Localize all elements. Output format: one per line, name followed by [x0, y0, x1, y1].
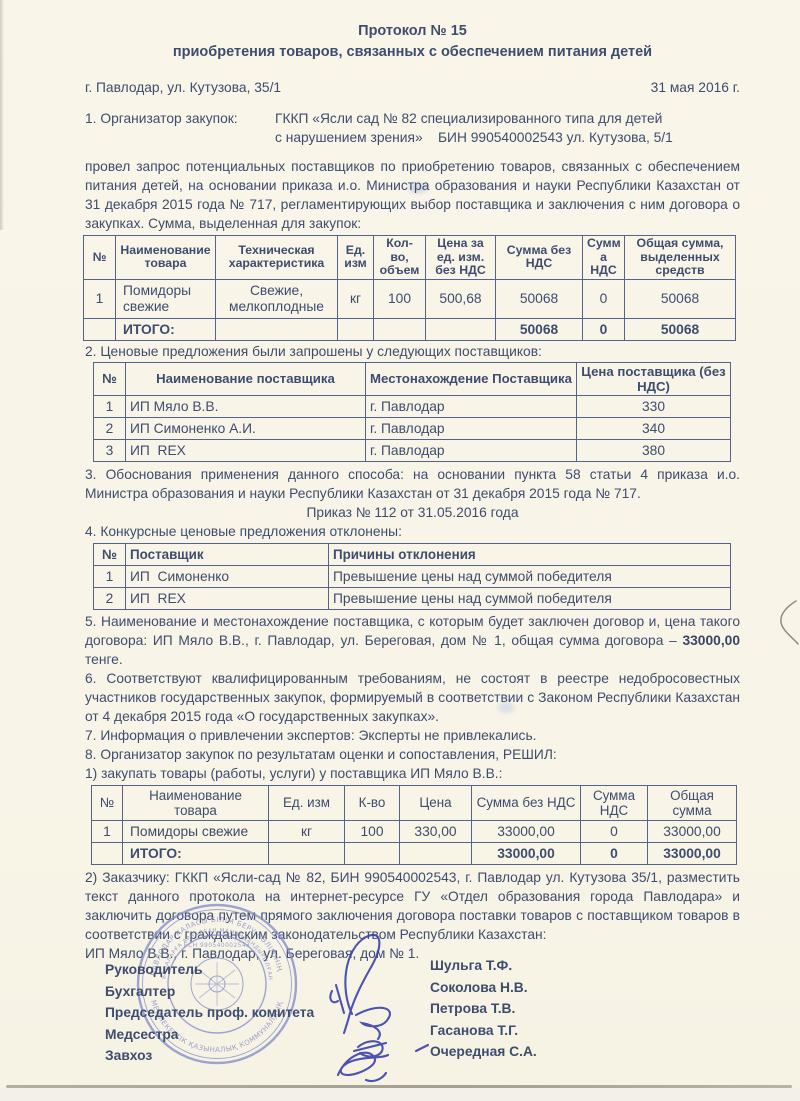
organizer-row: 1. Организатор закупок: ГККП «Ясли сад №… [85, 109, 740, 147]
cell: 33000,00 [648, 820, 737, 842]
col-header: К-во [345, 785, 400, 820]
section4-heading: 4. Конкурсные ценовые предложения отклон… [85, 522, 740, 541]
scan-left-edge-shadow [0, 0, 4, 230]
total-value: 50068 [625, 318, 736, 340]
signer-title: Медсестра [105, 1024, 314, 1046]
cell: Превышение цены над суммой победителя [329, 565, 731, 587]
total-value: 0 [581, 842, 648, 864]
cell: 2 [94, 587, 126, 609]
col-header: Ед. изм [269, 785, 345, 820]
cell: 1 [84, 279, 116, 318]
cell: 330,00 [400, 820, 472, 842]
cell: г. Павлодар [366, 417, 577, 439]
table-row: 1 Помидоры свежие кг 100 330,00 33000,00… [92, 820, 737, 842]
cell: 3 [94, 439, 126, 461]
cell: 380 [577, 439, 731, 461]
cell: 50068 [496, 279, 583, 318]
signer-name: Шульга Т.Ф. [430, 955, 537, 977]
cell: 50068 [625, 279, 736, 318]
document-body: Протокол № 15 приобретения товаров, связ… [0, 0, 800, 963]
cell: 100 [374, 279, 426, 318]
contract-amount: 33000,00 [682, 633, 740, 648]
section2-heading: 2. Ценовые предложения были запрошены у … [85, 342, 740, 361]
col-header: Цена за ед. изм. без НДС [426, 236, 496, 280]
cell: 2 [94, 417, 126, 439]
col-header: Сумм а НДС [583, 236, 625, 280]
col-header: Цена поставщика (без НДС) [577, 362, 731, 395]
cell: кг [269, 820, 345, 842]
signer-title: Руководитель [105, 959, 314, 981]
col-header: № [94, 543, 126, 565]
col-header: Сумма НДС [581, 785, 648, 820]
signature-section: ПАВЛОДАР ҚАЛАСЫ БІЛІМ БЕРУ БӨЛІМІНІҢ МЕМ… [0, 955, 800, 1095]
section7-paragraph: 7. Информация о привлечении экспертов: Э… [85, 726, 740, 745]
cell: 0 [581, 820, 648, 842]
section5-paragraph: 5. Наименование и местонахождение постав… [85, 612, 740, 669]
table-row: 2 ИП REX Превышение цены над суммой побе… [94, 587, 731, 609]
cell: 100 [345, 820, 400, 842]
cell: 0 [583, 279, 625, 318]
cell: г. Павлодар [366, 439, 577, 461]
cell: Помидоры свежие [123, 820, 269, 842]
organizer-value-line2: с нарушением зрения» БИН 990540002543 ул… [275, 128, 673, 147]
col-header: Цена [400, 785, 472, 820]
table-row: 2 ИП Симоненко А.И. г. Павлодар 340 [94, 417, 731, 439]
organizer-value: ГККП «Ясли сад № 82 специализированного … [275, 109, 673, 147]
decision1-line: 1) закупать товары (работы, услуги) у по… [85, 764, 740, 783]
cell: 1 [94, 395, 126, 417]
cell: 330 [577, 395, 731, 417]
signer-title: Бухгалтер [105, 981, 314, 1003]
cell [92, 842, 123, 864]
signer-title: Председатель проф. комитета [105, 1002, 314, 1024]
cell: 33000,00 [472, 820, 581, 842]
cell: 1 [94, 565, 126, 587]
scanned-protocol-page: Протокол № 15 приобретения товаров, связ… [0, 0, 800, 1101]
purchase-sum-table: № Наименование товара Техническая характ… [83, 235, 736, 341]
cell [216, 318, 338, 340]
signer-name: Соколова Н.В. [430, 977, 537, 999]
cell: г. Павлодар [366, 395, 577, 417]
cell [374, 318, 426, 340]
col-header: Общая сумма [648, 785, 737, 820]
col-header: Сумма без НДС [472, 785, 581, 820]
intro-paragraph: провел запрос потенциальных поставщиков … [85, 157, 740, 233]
awarded-items-table: № Наименование товара Ед. изм К-во Цена … [91, 785, 737, 865]
cell [400, 842, 472, 864]
page-title: Протокол № 15 [85, 22, 740, 41]
cell: ИП Симоненко А.И. [126, 417, 366, 439]
cell: ИП Симоненко [126, 565, 329, 587]
table-header-row: № Наименование товара Техническая характ… [84, 236, 736, 280]
cell: Превышение цены над суммой победителя [329, 587, 731, 609]
page-subtitle: приобретения товаров, связанных с обеспе… [85, 43, 740, 62]
cell: 500,68 [426, 279, 496, 318]
col-header: Техническая характеристика [216, 236, 338, 280]
table-row: 1 ИП Мяло В.В. г. Павлодар 330 [94, 395, 731, 417]
signature-titles-column: Руководитель Бухгалтер Председатель проф… [105, 959, 314, 1067]
organizer-label: 1. Организатор закупок: [85, 109, 275, 147]
col-header: Общая сумма, выделенных средств [625, 236, 736, 280]
cell [338, 318, 374, 340]
col-header: Местонахождение Поставщика [366, 362, 577, 395]
place-line: г. Павлодар, ул. Кутузова, 35/1 [85, 78, 281, 97]
stamp-bin-text: БСН 990540002543 [184, 943, 250, 949]
suppliers-table: № Наименование поставщика Местонахождени… [93, 362, 731, 462]
section6-paragraph: 6. Соответствуют квалифицированным требо… [85, 669, 740, 726]
organizer-value-line1: ГККП «Ясли сад № 82 специализированного … [275, 109, 673, 128]
order-line: Приказ № 112 от 31.05.2016 года [85, 503, 740, 522]
col-header: Ед. изм [338, 236, 374, 280]
signer-name: Гасанова Т.Г. [430, 1020, 537, 1042]
total-label: ИТОГО: [123, 842, 269, 864]
table-row: 3 ИП REX г. Павлодар 380 [94, 439, 731, 461]
cell [345, 842, 400, 864]
cell: 1 [92, 820, 123, 842]
meta-row: г. Павлодар, ул. Кутузова, 35/1 31 мая 2… [85, 78, 740, 97]
total-value: 33000,00 [648, 842, 737, 864]
table-total-row: ИТОГО: 33000,00 0 33000,00 [92, 842, 737, 864]
rejected-bids-table: № Поставщик Причины отклонения 1 ИП Симо… [93, 543, 731, 610]
col-header: № [94, 362, 126, 395]
table-total-row: ИТОГО: 50068 0 50068 [84, 318, 736, 340]
col-header: Поставщик [126, 543, 329, 565]
scan-below-page-area [0, 1088, 800, 1101]
col-header: № [84, 236, 116, 280]
col-header: Наименование товара [116, 236, 216, 280]
date-line: 31 мая 2016 г. [651, 78, 740, 97]
table-row: 1 Помидоры свежие Свежие, мелкоплодные к… [84, 279, 736, 318]
col-header: Сумма без НДС [496, 236, 583, 280]
cell [426, 318, 496, 340]
pencil-margin-mark [770, 597, 800, 647]
total-value: 33000,00 [472, 842, 581, 864]
table-header-row: № Наименование поставщика Местонахождени… [94, 362, 731, 395]
col-header: Наименование поставщика [126, 362, 366, 395]
signer-name: Петрова Т.В. [430, 998, 537, 1020]
section5-tail: тенге. [85, 652, 123, 667]
col-header: Наименование товара [123, 785, 269, 820]
cell: ИП REX [126, 587, 329, 609]
section5-text: 5. Наименование и местонахождение постав… [85, 614, 740, 648]
col-header: Кол-во, объем [374, 236, 426, 280]
cell: ИП REX [126, 439, 366, 461]
cell: ИП Мяло В.В. [126, 395, 366, 417]
cell: кг [338, 279, 374, 318]
total-value: 50068 [496, 318, 583, 340]
col-header: № [92, 785, 123, 820]
cell [84, 318, 116, 340]
signer-title: Завхоз [105, 1045, 314, 1067]
cell [269, 842, 345, 864]
cell: 340 [577, 417, 731, 439]
signature-names-column: Шульга Т.Ф. Соколова Н.В. Петрова Т.В. Г… [430, 955, 537, 1063]
cell: Свежие, мелкоплодные [216, 279, 338, 318]
section3-paragraph: 3. Обоснования применения данного способ… [85, 465, 740, 503]
table-header-row: № Поставщик Причины отклонения [94, 543, 731, 565]
handwritten-signatures [322, 929, 442, 1085]
section8-heading: 8. Организатор закупок по результатам оц… [85, 745, 740, 764]
cell: Помидоры свежие [116, 279, 216, 318]
total-value: 0 [583, 318, 625, 340]
table-header-row: № Наименование товара Ед. изм К-во Цена … [92, 785, 737, 820]
table-row: 1 ИП Симоненко Превышение цены над суммо… [94, 565, 731, 587]
total-label: ИТОГО: [116, 318, 216, 340]
col-header: Причины отклонения [329, 543, 731, 565]
signer-name: Очередная С.А. [430, 1041, 537, 1063]
